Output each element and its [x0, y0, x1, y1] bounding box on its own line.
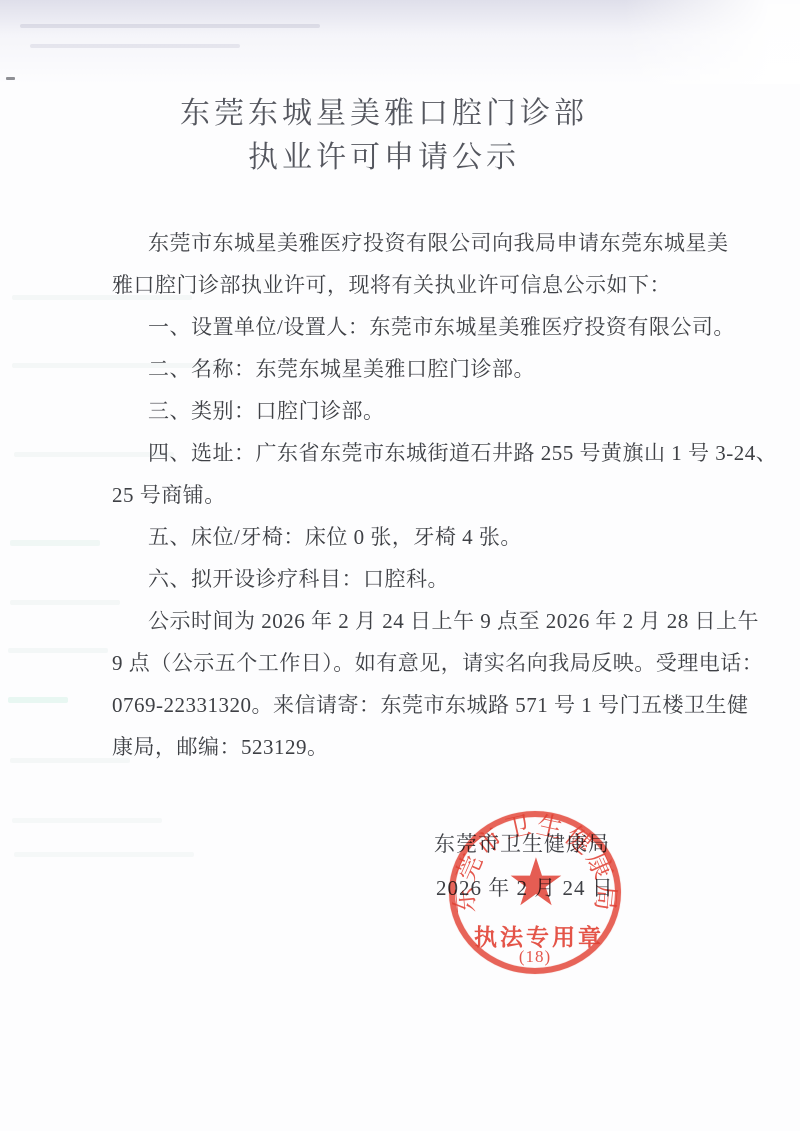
signature-date: 2026 年 2 月 24 日 — [436, 872, 614, 902]
scanned-document-page: 东莞东城星美雅口腔门诊部 执业许可申请公示 东莞市东城星美雅医疗投资有限公司向我… — [0, 0, 800, 1131]
scan-artifact-streak — [10, 540, 100, 546]
scan-artifact-dash — [6, 77, 15, 80]
body-line: 六、拟开设诊疗科目：口腔科。 — [112, 558, 732, 600]
scan-artifact-top-band — [0, 0, 800, 84]
body-line: 三、类别：口腔门诊部。 — [112, 390, 732, 432]
document-title: 东莞东城星美雅口腔门诊部 执业许可申请公示 — [0, 92, 768, 180]
body-line: 二、名称：东莞东城星美雅口腔门诊部。 — [112, 348, 732, 390]
scan-artifact-streak — [14, 852, 194, 857]
scan-artifact-streak — [12, 818, 162, 823]
body-line: 0769-22331320。来信请寄：东莞市东城路 571 号 1 号门五楼卫生… — [112, 684, 732, 726]
scan-artifact-streak — [30, 44, 240, 48]
document-title-line1: 东莞东城星美雅口腔门诊部 — [0, 92, 768, 136]
scan-artifact-streak — [20, 24, 320, 28]
body-line: 东莞市东城星美雅医疗投资有限公司向我局申请东莞东城星美 — [112, 222, 732, 264]
body-line: 四、选址：广东省东莞市东城街道石井路 255 号黄旗山 1 号 3-24、 — [112, 432, 732, 474]
seal-number: (18) — [449, 947, 621, 967]
body-line: 五、床位/牙椅：床位 0 张，牙椅 4 张。 — [112, 516, 732, 558]
seal-center-text: 执法专用章 — [449, 919, 621, 952]
scan-artifact-streak — [8, 648, 108, 653]
scan-artifact-streak — [8, 697, 68, 703]
body-line: 9 点（公示五个工作日）。如有意见，请实名向我局反映。受理电话： — [112, 642, 732, 684]
document-body: 东莞市东城星美雅医疗投资有限公司向我局申请东莞东城星美 雅口腔门诊部执业许可，现… — [112, 222, 732, 768]
body-line: 康局，邮编：523129。 — [112, 726, 732, 768]
body-line: 25 号商铺。 — [112, 474, 732, 516]
signature-agency: 东莞市卫生健康局 — [434, 828, 610, 858]
body-line: 一、设置单位/设置人：东莞市东城星美雅医疗投资有限公司。 — [112, 306, 732, 348]
scan-artifact-streak — [10, 600, 120, 605]
document-title-line2: 执业许可申请公示 — [0, 136, 768, 180]
body-line: 雅口腔门诊部执业许可，现将有关执业许可信息公示如下： — [112, 264, 732, 306]
body-line: 公示时间为 2026 年 2 月 24 日上午 9 点至 2026 年 2 月 … — [112, 600, 732, 642]
